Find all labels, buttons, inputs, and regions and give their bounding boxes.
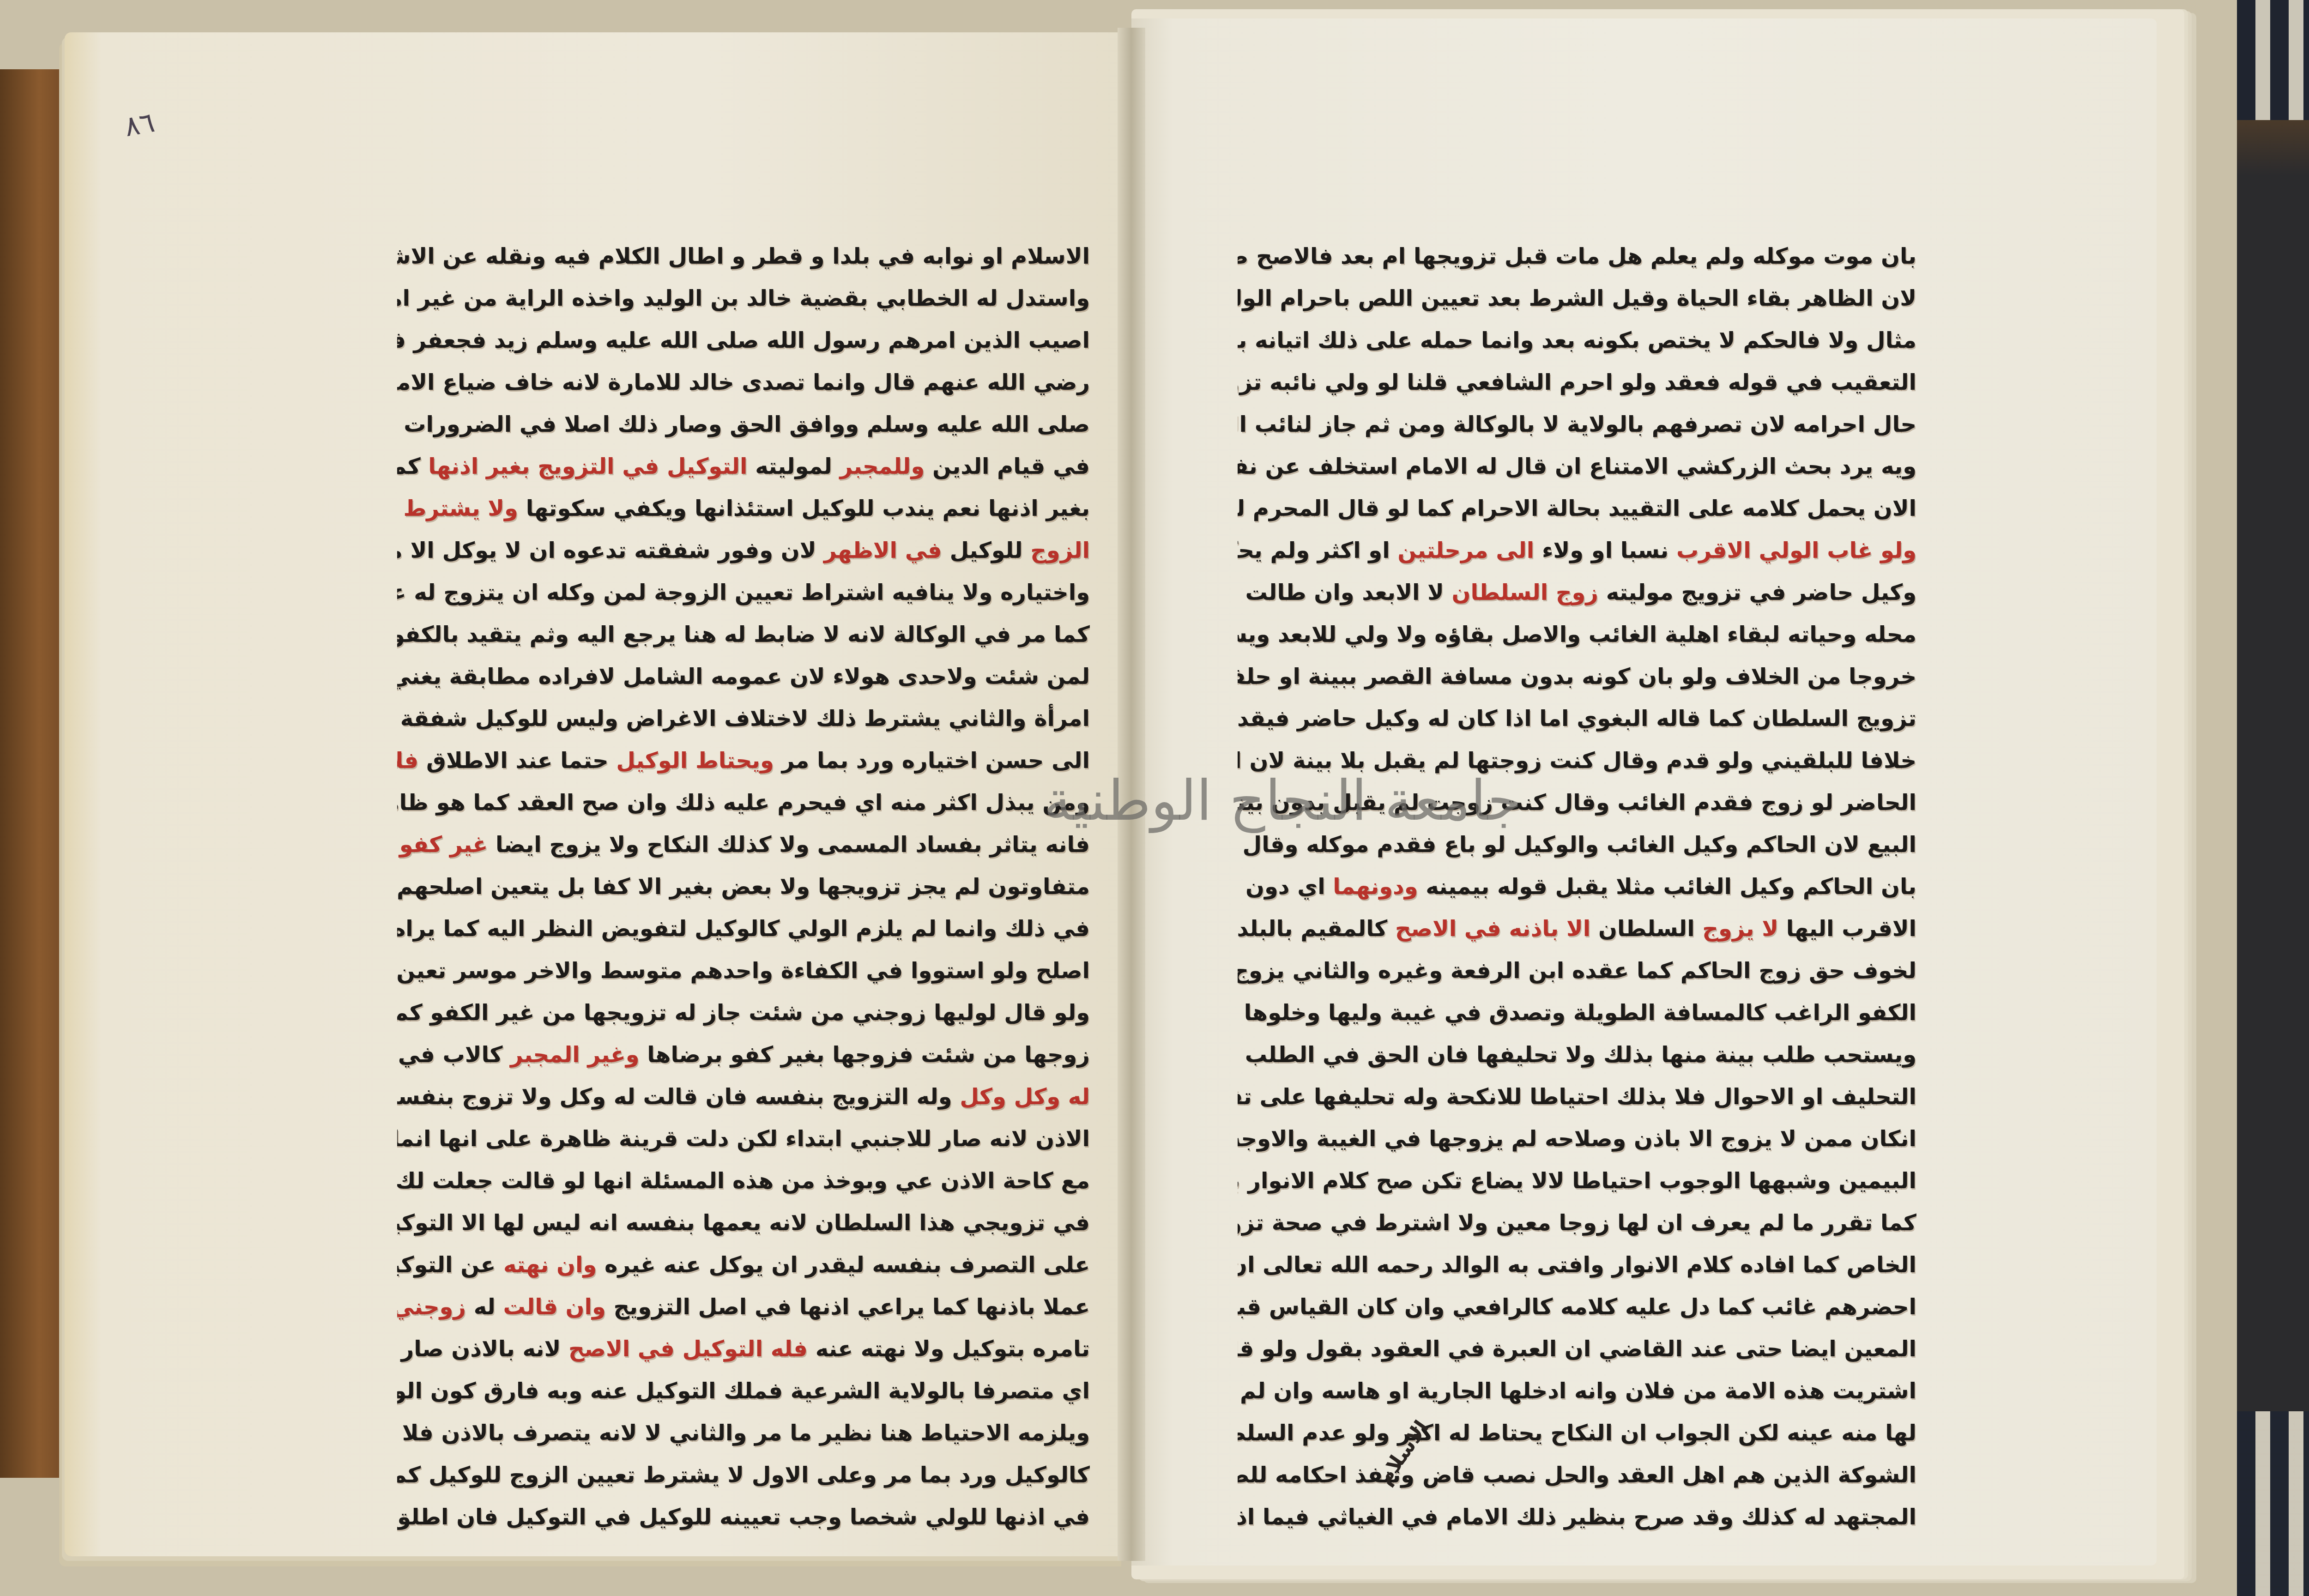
body-text: لمن شئت ولاحدى هولاء لان عمومه الشامل لا… bbox=[397, 664, 1090, 689]
body-text: لان وفور شفقته تدعوه ان لا يوكل الا من ي… bbox=[397, 538, 824, 563]
manuscript-line: وكيل حاضر في تزويج موليته زوج السلطان لا… bbox=[1238, 572, 1916, 614]
body-text: المجتهد له كذلك وقد صرح بنظير ذلك الامام… bbox=[1238, 1504, 1916, 1530]
body-text: لخوف حق زوج الحاكم كما عقده ابن الرفعة و… bbox=[1238, 958, 1916, 984]
body-text: البيع لان الحاكم وكيل الغائب والوكيل لو … bbox=[1238, 832, 1916, 858]
manuscript-line: بان الحاكم وكيل الغائب مثلا يقبل قوله بي… bbox=[1238, 866, 1916, 908]
manuscript-line: كما تقرر ما لم يعرف ان لها زوجا معين ولا… bbox=[1238, 1202, 1916, 1244]
background-grid-bottom bbox=[2237, 1411, 2309, 1596]
body-text: متفاوتون لم يجز تزويجها ولا بعض بغير الا… bbox=[397, 874, 1090, 900]
body-text: ولو قال لوليها زوجني من شئت جاز له تزويج… bbox=[397, 1000, 1090, 1026]
folio-number: ٨٦ bbox=[122, 106, 157, 143]
manuscript-line: الاذن لانه صار للاجنبي ابتداء لكن دلت قر… bbox=[397, 1118, 1090, 1160]
manuscript-line: بغير اذنها نعم يندب للوكيل استئذانها ويك… bbox=[397, 488, 1090, 530]
watermark: جامعة النجاح الوطنية bbox=[1044, 769, 1522, 833]
manuscript-line: فانه يتاثر بفساد المسمى ولا كذلك النكاح … bbox=[397, 824, 1090, 866]
manuscript-line: في قيام الدين وللمجبر لموليته التوكيل في… bbox=[397, 446, 1090, 488]
manuscript-line: على التصرف بنفسه ليقدر ان يوكل عنه غيره … bbox=[397, 1244, 1090, 1286]
background-dark-surface bbox=[2237, 0, 2309, 1596]
manuscript-line: احضرهم غائب كما دل عليه كلامه كالرافعي و… bbox=[1238, 1286, 1916, 1328]
manuscript-line: اي متصرفا بالولاية الشرعية فملك التوكيل … bbox=[397, 1370, 1090, 1412]
body-text: امرأة والثاني يشترط ذلك لاختلاف الاغراض … bbox=[397, 706, 1090, 731]
manuscript-line: رضي الله عنهم قال وانما تصدى خالد للامار… bbox=[397, 362, 1090, 404]
body-text: نسبا او ولاء bbox=[1534, 538, 1676, 563]
body-text: في قيام الدين bbox=[925, 453, 1090, 479]
body-text: ومن يبذل اكثر منه اي فيحرم عليه ذلك وان … bbox=[397, 790, 1090, 816]
rubric-text: وان نهته bbox=[503, 1252, 597, 1278]
body-text: للوكيل bbox=[942, 538, 1030, 563]
manuscript-line: لها منه عينه لكن الجواب ان النكاح يحتاط … bbox=[1238, 1412, 1916, 1454]
manuscript-line: اشتريت هذه الامة من فلان وانه ادخلها الج… bbox=[1238, 1370, 1916, 1412]
body-text: وكيل حاضر في تزويج موليته bbox=[1598, 580, 1916, 605]
body-text: ويلزمه الاحتياط هنا نظير ما مر والثاني ل… bbox=[397, 1420, 1090, 1446]
manuscript-line: التعقيب في قوله فعقد ولو احرم الشافعي قل… bbox=[1238, 362, 1916, 404]
body-text: لموليته bbox=[747, 453, 840, 479]
body-text: لانه بالاذن صار وليا شرعا bbox=[397, 1336, 568, 1362]
body-text: اشتريت هذه الامة من فلان وانه ادخلها الج… bbox=[1238, 1378, 1916, 1404]
manuscript-line: عملا باذنها كما يراعي اذنها في اصل التزو… bbox=[397, 1286, 1090, 1328]
rubric-text: الا باذنه في الاصح bbox=[1395, 916, 1590, 942]
rubric-text: زوجني bbox=[397, 1294, 466, 1320]
body-text: المعين ايضا حتى عند القاضي ان العبرة في … bbox=[1238, 1336, 1916, 1362]
rubric-text: له وكل وكل bbox=[960, 1084, 1090, 1110]
body-text: حتما عند الاطلاق bbox=[418, 748, 616, 774]
body-text: وله التزويج بنفسه فان قالت له وكل ولا تز… bbox=[397, 1084, 960, 1110]
rubric-text: التوكيل في التزويج بغير اذنها bbox=[428, 453, 747, 479]
manuscript-line: كالوكيل ورد بما مر وعلى الاول لا يشترط ت… bbox=[397, 1454, 1090, 1496]
body-text: كما له تزويجها bbox=[397, 453, 428, 479]
manuscript-line: واختياره ولا ينافيه اشتراط تعيين الزوجة … bbox=[397, 572, 1090, 614]
manuscript-line: الاقرب اليها لا يزوج السلطان الا باذنه ف… bbox=[1238, 908, 1916, 950]
body-text: احضرهم غائب كما دل عليه كلامه كالرافعي و… bbox=[1238, 1294, 1916, 1320]
manuscript-line: المجتهد له كذلك وقد صرح بنظير ذلك الامام… bbox=[1238, 1496, 1916, 1538]
body-text: كالاب في الثيب bbox=[397, 1042, 510, 1068]
manuscript-line: التحليف او الاحوال فلا بذلك احتياطا للان… bbox=[1238, 1076, 1916, 1118]
manuscript-line: اصيب الذين امرهم رسول الله صلى الله عليه… bbox=[397, 320, 1090, 362]
manuscript-line: متفاوتون لم يجز تزويجها ولا بعض بغير الا… bbox=[397, 866, 1090, 908]
manuscript-line: الكفو الراغب كالمسافة الطويلة وتصدق في غ… bbox=[1238, 992, 1916, 1034]
body-text: الاذن لانه صار للاجنبي ابتداء لكن دلت قر… bbox=[397, 1126, 1090, 1152]
manuscript-line: اصلح ولو استووا في الكفاءة واحدهم متوسط … bbox=[397, 950, 1090, 992]
manuscript-line: ولو قال لوليها زوجني من شئت جاز له تزويج… bbox=[397, 992, 1090, 1034]
body-text: كالمقيم بالبلد فان تعذر رابطة bbox=[1238, 916, 1395, 942]
body-text: الى حسن اختياره ورد بما مر bbox=[774, 748, 1090, 774]
body-text: اي متصرفا بالولاية الشرعية فملك التوكيل … bbox=[397, 1378, 1090, 1404]
rubric-text: غير كفو bbox=[399, 832, 488, 858]
body-text: انكان ممن لا يزوج الا باذن وصلاحه لم يزو… bbox=[1238, 1126, 1916, 1152]
body-text: خروجا من الخلاف ولو بان كونه بدون مسافة … bbox=[1238, 664, 1916, 689]
manuscript-line: كما مر في الوكالة لانه لا ضابط له هنا ير… bbox=[397, 614, 1090, 656]
manuscript-line: امرأة والثاني يشترط ذلك لاختلاف الاغراض … bbox=[397, 698, 1090, 740]
manuscript-line: البيمين وشبهها الوجوب احتياطا لالا يضاع … bbox=[1238, 1160, 1916, 1202]
body-text: التعقيب في قوله فعقد ولو احرم الشافعي قل… bbox=[1238, 369, 1916, 395]
body-text: حال احرامه لان تصرفهم بالولاية لا بالوكا… bbox=[1238, 411, 1916, 437]
body-text: في اذنها للولي شخصا وجب تعيينه للوكيل في… bbox=[397, 1504, 1090, 1530]
body-text: البيمين وشبهها الوجوب احتياطا لالا يضاع … bbox=[1238, 1168, 1916, 1194]
body-text: رضي الله عنهم قال وانما تصدى خالد للامار… bbox=[397, 369, 1090, 395]
body-text: لها منه عينه لكن الجواب ان النكاح يحتاط … bbox=[1238, 1420, 1916, 1446]
body-text: الخاص كما افاده كلام الانوار وافتى به ال… bbox=[1238, 1252, 1916, 1278]
book-cover-right bbox=[2237, 120, 2309, 1413]
manuscript-line: ويستحب طلب بينة منها بذلك ولا تحليفها فا… bbox=[1238, 1034, 1916, 1076]
body-text: واختياره ولا ينافيه اشتراط تعيين الزوجة … bbox=[397, 580, 1090, 605]
manuscript-line: في تزويجي هذا السلطان لانه يعمها بنفسه ا… bbox=[397, 1202, 1090, 1244]
manuscript-line: لخوف حق زوج الحاكم كما عقده ابن الرفعة و… bbox=[1238, 950, 1916, 992]
rubric-text: وللمجبر bbox=[840, 453, 925, 479]
rubric-text: لا يزوج bbox=[1702, 916, 1778, 942]
manuscript-line: زوجها من شئت فزوجها بغير كفو برضاها وغير… bbox=[397, 1034, 1090, 1076]
rubric-text: ويحتاط الوكيل bbox=[616, 748, 774, 774]
rubric-text: فلا يزوج bbox=[397, 748, 418, 774]
body-text: بان موت موكله ولم يعلم هل مات قبل تزويجه… bbox=[1238, 243, 1916, 269]
manuscript-line: في اذنها للولي شخصا وجب تعيينه للوكيل في… bbox=[397, 1496, 1090, 1538]
rubric-text: في الاظهر bbox=[824, 538, 942, 563]
body-text: ويستحب طلب بينة منها بذلك ولا تحليفها فا… bbox=[1238, 1042, 1916, 1068]
rubric-text: فله التوكيل في الاصح bbox=[568, 1336, 808, 1362]
body-text: في ذلك وانما لم يلزم الولي كالوكيل لتفوي… bbox=[397, 916, 1090, 942]
manuscript-line: ولو غاب الولي الاقرب نسبا او ولاء الى مر… bbox=[1238, 530, 1916, 572]
manuscript-line: لان الظاهر بقاء الحياة وقيل الشرط بعد تع… bbox=[1238, 278, 1916, 320]
manuscript-line: المعين ايضا حتى عند القاضي ان العبرة في … bbox=[1238, 1328, 1916, 1370]
manuscript-line: انكان ممن لا يزوج الا باذن وصلاحه لم يزو… bbox=[1238, 1118, 1916, 1160]
body-text: السلطان bbox=[1590, 916, 1702, 942]
body-text: عن التوكيل bbox=[397, 1252, 503, 1278]
manuscript-line: له وكل وكل وله التزويج بنفسه فان قالت له… bbox=[397, 1076, 1090, 1118]
manuscript-line: ويلزمه الاحتياط هنا نظير ما مر والثاني ل… bbox=[397, 1412, 1090, 1454]
manuscript-line: محله وحياته لبقاء اهلية الغائب والاصل بق… bbox=[1238, 614, 1916, 656]
manuscript-line: واستدل له الخطابي بقضية خالد بن الوليد و… bbox=[397, 278, 1090, 320]
body-text: في تزويجي هذا السلطان لانه يعمها بنفسه ا… bbox=[397, 1210, 1090, 1236]
manuscript-line: صلى الله عليه وسلم ووافق الحق وصار ذلك ا… bbox=[397, 404, 1090, 446]
manuscript-line: تامره بتوكيل ولا نهته عنه فله التوكيل في… bbox=[397, 1328, 1090, 1370]
body-text: تامره بتوكيل ولا نهته عنه bbox=[808, 1336, 1090, 1362]
body-text: كما تقرر ما لم يعرف ان لها زوجا معين ولا… bbox=[1238, 1210, 1916, 1236]
rubric-text: ودونهما bbox=[1333, 874, 1418, 900]
body-text: صلى الله عليه وسلم ووافق الحق وصار ذلك ا… bbox=[397, 411, 1090, 437]
body-text: كما مر في الوكالة لانه لا ضابط له هنا ير… bbox=[397, 622, 1090, 647]
manuscript-line: مثال ولا فالحكم لا يختص بكونه بعد وانما … bbox=[1238, 320, 1916, 362]
manuscript-line: الشوكة الذين هم اهل العقد والحل نصب قاض … bbox=[1238, 1454, 1916, 1496]
manuscript-line: الان يحمل كلامه على التقييد بحالة الاحرا… bbox=[1238, 488, 1916, 530]
manuscript-line: الخاص كما افاده كلام الانوار وافتى به ال… bbox=[1238, 1244, 1916, 1286]
rubric-text: ولا يشترط تعيين bbox=[397, 496, 518, 521]
body-text: اصلح ولو استووا في الكفاءة واحدهم متوسط … bbox=[397, 958, 1090, 984]
manuscript-line: الى حسن اختياره ورد بما مر ويحتاط الوكيل… bbox=[397, 740, 1090, 782]
manuscript-line: ويه يرد بحث الزركشي الامتناع ان قال له ا… bbox=[1238, 446, 1916, 488]
rubric-text: وان قالت bbox=[503, 1294, 606, 1320]
right-page-text: بان موت موكله ولم يعلم هل مات قبل تزويجه… bbox=[1238, 236, 1916, 1538]
rubric-text: الزوج bbox=[1030, 538, 1090, 563]
body-text: كالوكيل ورد بما مر وعلى الاول لا يشترط ت… bbox=[397, 1462, 1090, 1488]
body-text: او اكثر ولم يحكم بموته وليس له bbox=[1238, 538, 1397, 563]
rubric-text: الى مرحلتين bbox=[1397, 538, 1534, 563]
rubric-text: زوج السلطان bbox=[1452, 580, 1598, 605]
body-text: اي دون المرحلتين اذا غاب bbox=[1238, 874, 1333, 900]
body-text: مع كاحة الاذن عي وبوخذ من هذه المسئلة ان… bbox=[397, 1168, 1090, 1194]
body-text: التحليف او الاحوال فلا بذلك احتياطا للان… bbox=[1238, 1084, 1916, 1110]
body-text: لا الابعد وان طالت غيبته وجهل bbox=[1238, 580, 1452, 605]
manuscript-line: ومن يبذل اكثر منه اي فيحرم عليه ذلك وان … bbox=[397, 782, 1090, 824]
manuscript-line: لمن شئت ولاحدى هولاء لان عمومه الشامل لا… bbox=[397, 656, 1090, 698]
body-text: الاقرب اليها bbox=[1778, 916, 1916, 942]
manuscript-line: خروجا من الخلاف ولو بان كونه بدون مسافة … bbox=[1238, 656, 1916, 698]
manuscript-line: الزوج للوكيل في الاظهر لان وفور شفقته تد… bbox=[397, 530, 1090, 572]
body-text: اصيب الذين امرهم رسول الله صلى الله عليه… bbox=[397, 327, 1090, 353]
body-text: عملا باذنها كما يراعي اذنها في اصل التزو… bbox=[606, 1294, 1090, 1320]
manuscript-line: مع كاحة الاذن عي وبوخذ من هذه المسئلة ان… bbox=[397, 1160, 1090, 1202]
body-text: بان الحاكم وكيل الغائب مثلا يقبل قوله بي… bbox=[1418, 874, 1916, 900]
manuscript-line: تزويج السلطان كما قاله البغوي اما اذا كا… bbox=[1238, 698, 1916, 740]
body-text: واستدل له الخطابي بقضية خالد بن الوليد و… bbox=[397, 285, 1090, 311]
body-text: الشوكة الذين هم اهل العقد والحل نصب قاض … bbox=[1238, 1462, 1916, 1488]
body-text: زوجها من شئت فزوجها بغير كفو برضاها bbox=[640, 1042, 1090, 1068]
manuscript-line: حال احرامه لان تصرفهم بالولاية لا بالوكا… bbox=[1238, 404, 1916, 446]
body-text: ويه يرد بحث الزركشي الامتناع ان قال له ا… bbox=[1238, 453, 1916, 479]
body-text: محله وحياته لبقاء اهلية الغائب والاصل بق… bbox=[1238, 622, 1916, 647]
manuscript-line: الاسلام او نوابه في بلدا و قطر و اطال ال… bbox=[397, 236, 1090, 278]
rubric-text: وغير المجبر bbox=[510, 1042, 640, 1068]
left-page-text: الاسلام او نوابه في بلدا و قطر و اطال ال… bbox=[397, 236, 1090, 1538]
body-text: بغير اذنها نعم يندب للوكيل استئذانها ويك… bbox=[518, 496, 1090, 521]
body-text: لان الظاهر بقاء الحياة وقيل الشرط بعد تع… bbox=[1238, 285, 1916, 311]
background-grid-top bbox=[2237, 0, 2309, 120]
body-text: مثال ولا فالحكم لا يختص بكونه بعد وانما … bbox=[1238, 327, 1916, 353]
body-text: فانه يتاثر بفساد المسمى ولا كذلك النكاح … bbox=[488, 832, 1090, 858]
body-text: الان يحمل كلامه على التقييد بحالة الاحرا… bbox=[1238, 496, 1916, 521]
body-text: على التصرف بنفسه ليقدر ان يوكل عنه غيره bbox=[597, 1252, 1090, 1278]
rubric-text: ولو غاب الولي الاقرب bbox=[1676, 538, 1916, 563]
body-text: الكفو الراغب كالمسافة الطويلة وتصدق في غ… bbox=[1238, 1000, 1916, 1026]
body-text: الاسلام او نوابه في بلدا و قطر و اطال ال… bbox=[397, 243, 1090, 269]
manuscript-line: في ذلك وانما لم يلزم الولي كالوكيل لتفوي… bbox=[397, 908, 1090, 950]
body-text: تزويج السلطان كما قاله البغوي اما اذا كا… bbox=[1238, 706, 1916, 731]
body-text: له bbox=[466, 1294, 503, 1320]
manuscript-line: بان موت موكله ولم يعلم هل مات قبل تزويجه… bbox=[1238, 236, 1916, 278]
